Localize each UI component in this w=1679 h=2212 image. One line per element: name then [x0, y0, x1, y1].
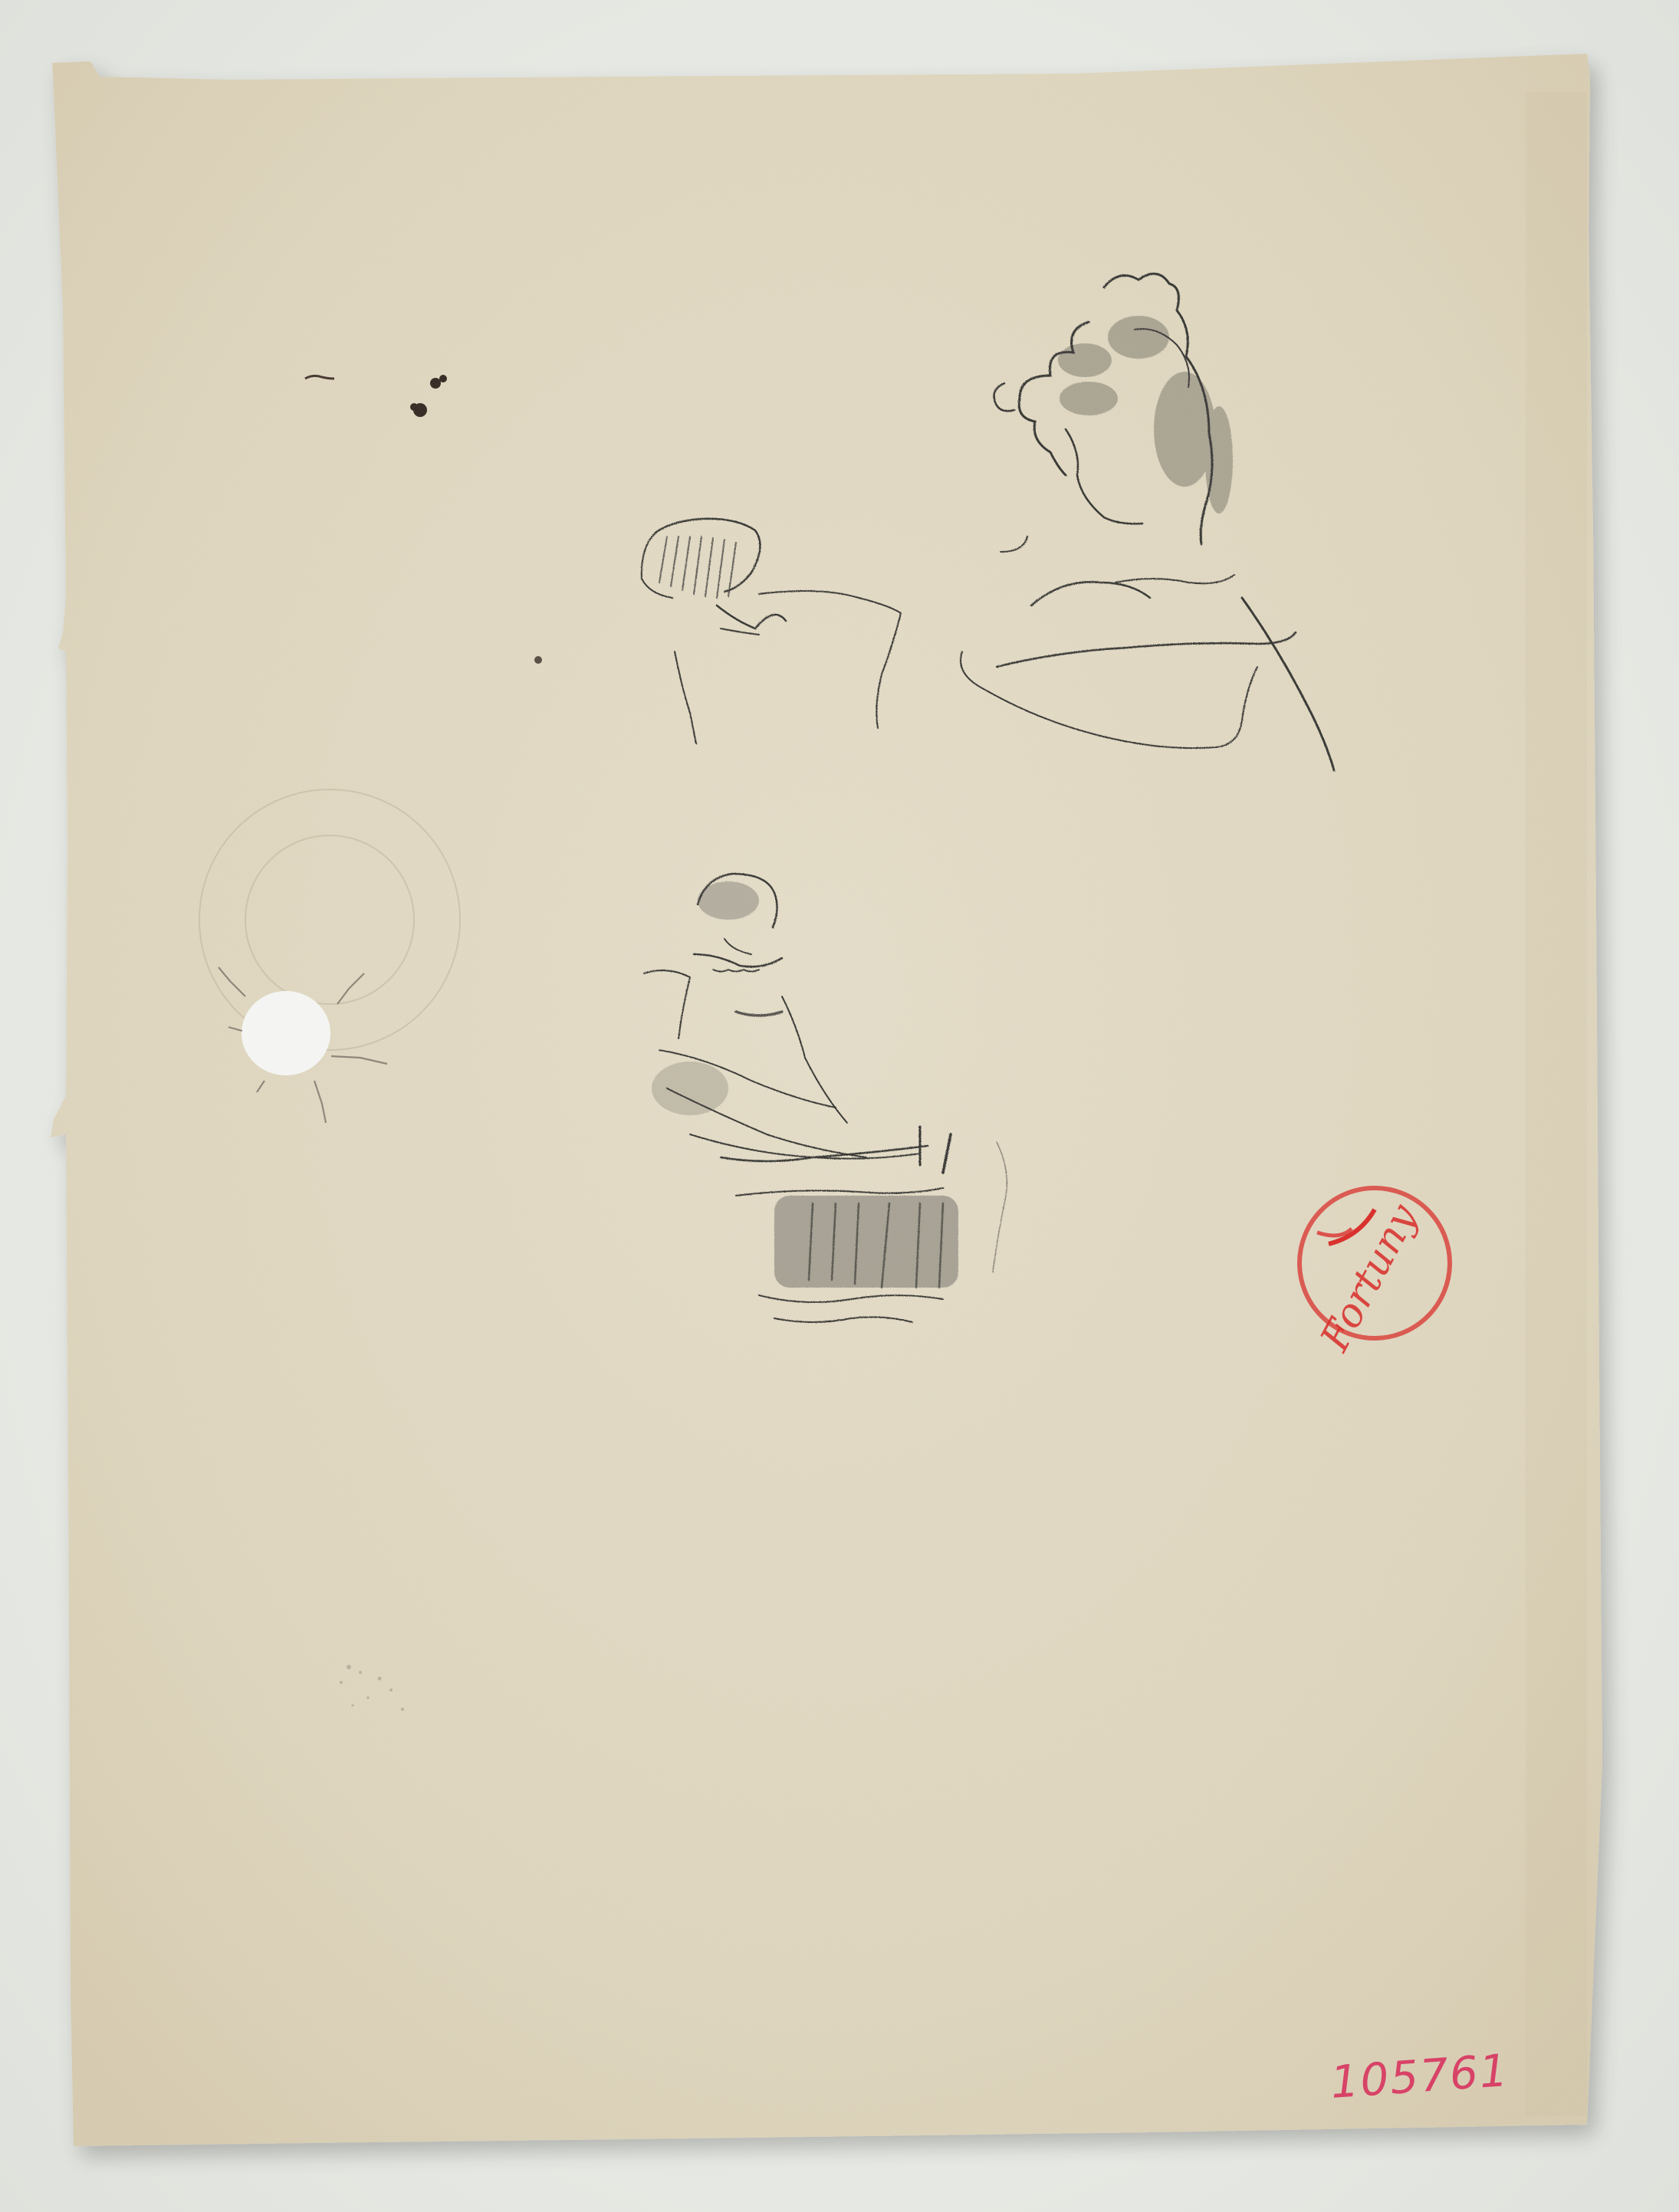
paper [51, 54, 1602, 2146]
artwork-sheet: Fortuny [0, 0, 1679, 2212]
